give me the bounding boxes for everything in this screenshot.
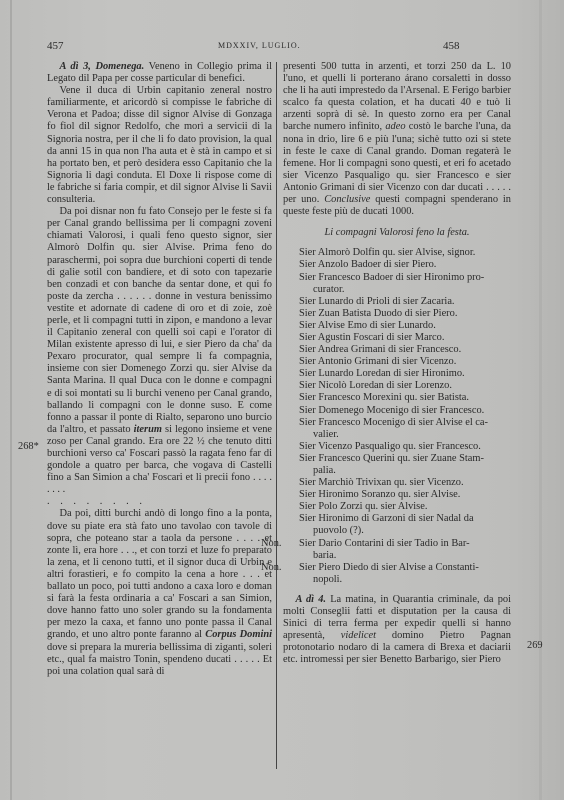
member-list-item: Sier Hironimo Soranzo qu. sier Alvise. [283,489,511,501]
member-name: Sier Piero Diedo di sier Alvise a Consta… [299,562,479,573]
member-list-item: Sier Francesco Querini qu. sier Zuane St… [283,453,511,477]
member-name: Sier Dario Contarini di sier Tadio in Ba… [299,538,470,549]
member-list-item: Sier Lunardo Loredan di sier Hironimo. [283,368,511,380]
member-prefix: Non. [261,538,282,550]
member-list-item: Sier Francesco Morexini qu. sier Batista… [283,392,511,404]
member-name: Sier Francesco Querini qu. sier Zuane St… [299,453,484,464]
member-name: Sier Lunardo Loredan di sier Hironimo. [299,368,465,379]
member-name-continuation: nopoli. [299,574,511,586]
member-name: Sier Agustin Foscari di sier Marco. [299,332,444,343]
member-name-continuation: curator. [299,284,511,296]
page-number-left: 457 [47,40,64,52]
page-number-right: 458 [443,40,460,52]
member-name: Sier Polo Zorzi qu. sier Alvise. [299,501,427,512]
member-list-item: Sier Francesco Mocenigo di sier Alvise e… [283,417,511,441]
paragraph-2: Vene il duca di Urbin capitanio zeneral … [47,85,272,206]
paragraph-1: A dì 3, Domenega. Veneno in Collegio pri… [47,61,272,85]
member-name: Sier Nicolò Loredan di sier Lorenzo. [299,380,452,391]
member-name: Sier Lunardo di Prioli di sier Zacaria. [299,296,455,307]
member-name: Sier Francesco Morexini qu. sier Batista… [299,392,469,403]
member-list-item: Sier Nicolò Loredan di sier Lorenzo. [283,380,511,392]
member-name-continuation: puovolo (?). [299,525,511,537]
margin-number-right: 269 [527,640,543,651]
member-name: Sier Francesco Badoer di sier Hironimo p… [299,272,484,283]
member-list-item: Sier Almorò Dolfin qu. sier Alvise, sign… [283,247,511,259]
paragraph-4: Da poi, ditti burchi andò di longo fino … [47,508,272,677]
member-list-item: Sier Antonio Grimani di sier Vicenzo. [283,356,511,368]
members-list: Sier Almorò Dolfin qu. sier Alvise, sign… [283,247,511,586]
book-page: 457 MDXXIV, LUGLIO. 458 268* 269 A dì 3,… [0,0,564,800]
member-name: Sier Vicenzo Pasqualigo qu. sier Frances… [299,441,481,452]
member-name: Sier Hironimo Soranzo qu. sier Alvise. [299,489,460,500]
member-list-item: Non.Sier Piero Diedo di sier Alvise a Co… [283,562,511,586]
member-name: Sier Alvise Emo di sier Lunardo. [299,320,436,331]
date-heading: A dì 4. [295,594,326,605]
ellipsis-line: . . . . . . . . [47,496,272,508]
member-list-item: Sier Alvise Emo di sier Lunardo. [283,320,511,332]
member-name-continuation: palia. [299,465,511,477]
paragraph-5: A dì 4. La matina, in Quarantia criminal… [283,594,511,667]
column-divider [276,62,277,769]
section-subheading: Li compagni Valorosi feno la festa. [283,227,511,239]
member-name: Sier Anzolo Badoer di sier Piero. [299,259,436,270]
member-list-item: Sier Polo Zorzi qu. sier Alvise. [283,501,511,513]
member-name: Sier Antonio Grimani di sier Vicenzo. [299,356,456,367]
page-header: 457 MDXXIV, LUGLIO. 458 [0,40,564,56]
member-name: Sier Hironimo di Garzoni di sier Nadal d… [299,513,474,524]
member-list-item: Sier Marchiò Trivixan qu. sier Vicenzo. [283,477,511,489]
member-list-item: Sier Vicenzo Pasqualigo qu. sier Frances… [283,441,511,453]
paragraph-continued: presenti 500 tutta in arzenti, et torzi … [283,61,511,218]
member-list-item: Sier Anzolo Badoer di sier Piero. [283,259,511,271]
member-name: Sier Almorò Dolfin qu. sier Alvise, sign… [299,247,475,258]
member-list-item: Sier Francesco Badoer di sier Hironimo p… [283,272,511,296]
date-heading: A dì 3, Domenega. [59,61,144,72]
member-name: Sier Andrea Grimani di sier Francesco. [299,344,461,355]
member-name: Sier Francesco Mocenigo di sier Alvise e… [299,417,488,428]
member-name-continuation: baria. [299,550,511,562]
running-title: MDXXIV, LUGLIO. [218,41,301,50]
member-list-item: Sier Agustin Foscari di sier Marco. [283,332,511,344]
member-list-item: Non.Sier Dario Contarini di sier Tadio i… [283,538,511,562]
margin-number-left: 268* [18,441,39,452]
member-name: Sier Marchiò Trivixan qu. sier Vicenzo. [299,477,464,488]
member-name: Sier Zuan Batista Duodo di sier Piero. [299,308,457,319]
member-list-item: Sier Zuan Batista Duodo di sier Piero. [283,308,511,320]
left-column: A dì 3, Domenega. Veneno in Collegio pri… [47,61,272,678]
member-list-item: Sier Hironimo di Garzoni di sier Nadal d… [283,513,511,537]
member-list-item: Sier Domenego Mocenigo di sier Francesco… [283,405,511,417]
member-list-item: Sier Lunardo di Prioli di sier Zacaria. [283,296,511,308]
right-column: presenti 500 tutta in arzenti, et torzi … [283,61,511,667]
page-edge-right [539,0,542,800]
member-name: Sier Domenego Mocenigo di sier Francesco… [299,405,484,416]
member-prefix: Non. [261,562,282,574]
member-list-item: Sier Andrea Grimani di sier Francesco. [283,344,511,356]
paragraph-3: Da poi disnar non fu fato Consejo per le… [47,206,272,496]
page-edge-left [10,0,12,800]
member-name-continuation: valier. [299,429,511,441]
